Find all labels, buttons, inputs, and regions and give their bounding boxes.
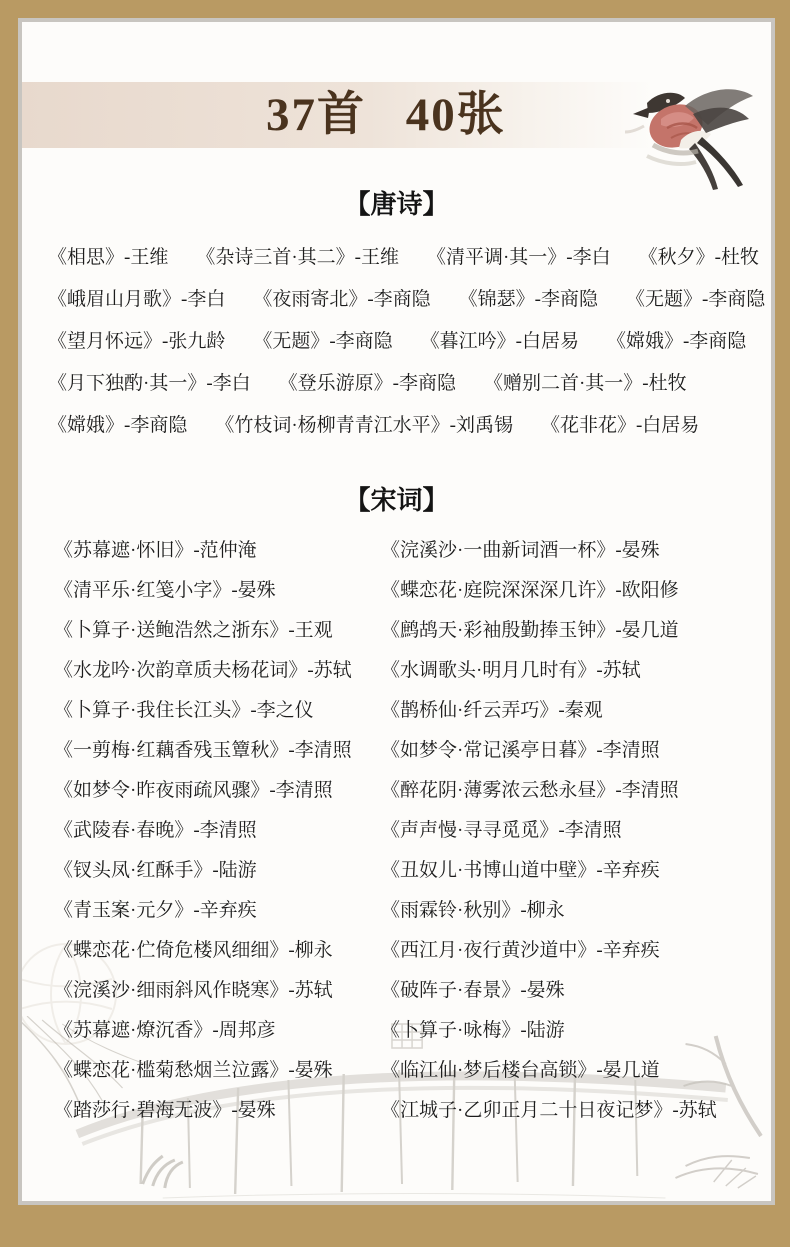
song-poem-row: 《蝶恋花·伫倚危楼风细细》-柳永《西江月·夜行黄沙道中》-辛弃疾 (54, 928, 761, 968)
poem-entry: 《浣溪沙·细雨斜风作晓寒》-苏轼 (54, 975, 381, 1002)
page-title: 37首 40张 (22, 92, 506, 139)
song-poem-row: 《青玉案·元夕》-辛弃疾《雨霖铃·秋别》-柳永 (54, 888, 761, 928)
poem-entry: 《蝶恋花·庭院深深深几许》-欧阳修 (381, 575, 761, 602)
paper-sheet: 37首 40张 【唐诗】 《相思》-王维《杂诗三首·其二》-王维《清平调·其一》… (18, 18, 775, 1205)
tang-poem-line: 《相思》-王维《杂诗三首·其二》-王维《清平调·其一》-李白《秋夕》-杜牧 (48, 234, 745, 276)
song-poem-row: 《蝶恋花·槛菊愁烟兰泣露》-晏殊《临江仙·梦后楼台高锁》-晏几道 (54, 1048, 761, 1088)
poem-entry: 《杂诗三首·其二》-王维 (196, 242, 399, 269)
poem-entry: 《望月怀远》-张九龄 (48, 326, 225, 353)
poem-entry: 《如梦令·昨夜雨疏风骤》-李清照 (54, 775, 381, 802)
poem-entry: 《峨眉山月歌》-李白 (48, 284, 225, 311)
poem-entry: 《秋夕》-杜牧 (639, 242, 759, 269)
poem-entry: 《水龙吟·次韵章质夫杨花词》-苏轼 (54, 655, 381, 682)
tang-poem-line: 《月下独酌·其一》-李白《登乐游原》-李商隐《赠别二首·其一》-杜牧 (48, 360, 745, 402)
song-poem-grid: 《苏幕遮·怀旧》-范仲淹《浣溪沙·一曲新词酒一杯》-晏殊《清平乐·红笺小字》-晏… (22, 528, 771, 1128)
poem-entry: 《暮江吟》-白居易 (421, 326, 579, 353)
song-poem-row: 《武陵春·春晚》-李清照《声声慢·寻寻觅觅》-李清照 (54, 808, 761, 848)
song-poem-row: 《卜算子·送鲍浩然之浙东》-王观《鹧鸪天·彩袖殷勤捧玉钟》-晏几道 (54, 608, 761, 648)
poem-entry: 《西江月·夜行黄沙道中》-辛弃疾 (381, 935, 761, 962)
poem-entry: 《相思》-王维 (48, 242, 168, 269)
song-poem-row: 《清平乐·红笺小字》-晏殊《蝶恋花·庭院深深深几许》-欧阳修 (54, 568, 761, 608)
poem-entry: 《夜雨寄北》-李商隐 (253, 284, 430, 311)
song-poem-row: 《一剪梅·红藕香残玉簟秋》-李清照《如梦令·常记溪亭日暮》-李清照 (54, 728, 761, 768)
page: 37首 40张 【唐诗】 《相思》-王维《杂诗三首·其二》-王维《清平调·其一》… (0, 0, 790, 1247)
poem-entry: 《青玉案·元夕》-辛弃疾 (54, 895, 381, 922)
poem-entry: 《鹧鸪天·彩袖殷勤捧玉钟》-晏几道 (381, 615, 761, 642)
poem-entry: 《嫦娥》-李商隐 (607, 326, 746, 353)
tang-poem-line: 《望月怀远》-张九龄《无题》-李商隐《暮江吟》-白居易《嫦娥》-李商隐 (48, 318, 745, 360)
poem-entry: 《破阵子·春景》-晏殊 (381, 975, 761, 1002)
poem-entry: 《鹊桥仙·纤云弄巧》-秦观 (381, 695, 761, 722)
poem-entry: 《卜算子·送鲍浩然之浙东》-王观 (54, 615, 381, 642)
poem-entry: 《卜算子·我住长江头》-李之仪 (54, 695, 381, 722)
poem-entry: 《一剪梅·红藕香残玉簟秋》-李清照 (54, 735, 381, 762)
poem-entry: 《锦瑟》-李商隐 (459, 284, 598, 311)
poem-entry: 《花非花》-白居易 (541, 410, 699, 437)
poem-entry: 《江城子·乙卯正月二十日夜记梦》-苏轼 (381, 1095, 761, 1122)
poem-entry: 《声声慢·寻寻觅觅》-李清照 (381, 815, 761, 842)
poem-entry: 《钗头凤·红酥手》-陆游 (54, 855, 381, 882)
content: 【唐诗】 《相思》-王维《杂诗三首·其二》-王维《清平调·其一》-李白《秋夕》-… (22, 22, 771, 1128)
song-poem-row: 《钗头凤·红酥手》-陆游《丑奴儿·书博山道中壁》-辛弃疾 (54, 848, 761, 888)
poem-entry: 《苏幕遮·怀旧》-范仲淹 (54, 535, 381, 562)
poem-entry: 《苏幕遮·燎沉香》-周邦彦 (54, 1015, 381, 1042)
poem-entry: 《临江仙·梦后楼台高锁》-晏几道 (381, 1055, 761, 1082)
tang-poem-list: 《相思》-王维《杂诗三首·其二》-王维《清平调·其一》-李白《秋夕》-杜牧《峨眉… (22, 234, 771, 444)
poem-entry: 《清平调·其一》-李白 (427, 242, 611, 269)
poem-entry: 《竹枝词·杨柳青青江水平》-刘禹锡 (215, 410, 513, 437)
song-poem-row: 《卜算子·我住长江头》-李之仪《鹊桥仙·纤云弄巧》-秦观 (54, 688, 761, 728)
poem-entry: 《赠别二首·其一》-杜牧 (484, 368, 687, 395)
poem-entry: 《清平乐·红笺小字》-晏殊 (54, 575, 381, 602)
song-poem-row: 《浣溪沙·细雨斜风作晓寒》-苏轼《破阵子·春景》-晏殊 (54, 968, 761, 1008)
poem-entry: 《雨霖铃·秋别》-柳永 (381, 895, 761, 922)
poem-entry: 《登乐游原》-李商隐 (279, 368, 456, 395)
poem-entry: 《武陵春·春晚》-李清照 (54, 815, 381, 842)
song-poem-row: 《如梦令·昨夜雨疏风骤》-李清照《醉花阴·薄雾浓云愁永昼》-李清照 (54, 768, 761, 808)
song-poem-row: 《苏幕遮·燎沉香》-周邦彦《卜算子·咏梅》-陆游 (54, 1008, 761, 1048)
song-poem-row: 《踏莎行·碧海无波》-晏殊《江城子·乙卯正月二十日夜记梦》-苏轼 (54, 1088, 761, 1128)
poem-entry: 《浣溪沙·一曲新词酒一杯》-晏殊 (381, 535, 761, 562)
title-banner: 37首 40张 (22, 82, 654, 148)
poem-entry: 《无题》-李商隐 (626, 284, 765, 311)
section-heading-songci: 【宋词】 (22, 444, 771, 514)
song-poem-row: 《水龙吟·次韵章质夫杨花词》-苏轼《水调歌头·明月几时有》-苏轼 (54, 648, 761, 688)
poem-entry: 《踏莎行·碧海无波》-晏殊 (54, 1095, 381, 1122)
poem-entry: 《无题》-李商隐 (253, 326, 392, 353)
tang-poem-line: 《峨眉山月歌》-李白《夜雨寄北》-李商隐《锦瑟》-李商隐《无题》-李商隐 (48, 276, 745, 318)
poem-entry: 《如梦令·常记溪亭日暮》-李清照 (381, 735, 761, 762)
poem-entry: 《蝶恋花·槛菊愁烟兰泣露》-晏殊 (54, 1055, 381, 1082)
poem-entry: 《月下独酌·其一》-李白 (48, 368, 251, 395)
poem-entry: 《醉花阴·薄雾浓云愁永昼》-李清照 (381, 775, 761, 802)
poem-entry: 《卜算子·咏梅》-陆游 (381, 1015, 761, 1042)
tang-poem-line: 《嫦娥》-李商隐《竹枝词·杨柳青青江水平》-刘禹锡《花非花》-白居易 (48, 402, 745, 444)
poem-entry: 《蝶恋花·伫倚危楼风细细》-柳永 (54, 935, 381, 962)
song-poem-row: 《苏幕遮·怀旧》-范仲淹《浣溪沙·一曲新词酒一杯》-晏殊 (54, 528, 761, 568)
poem-entry: 《嫦娥》-李商隐 (48, 410, 187, 437)
poem-entry: 《丑奴儿·书博山道中壁》-辛弃疾 (381, 855, 761, 882)
poem-entry: 《水调歌头·明月几时有》-苏轼 (381, 655, 761, 682)
